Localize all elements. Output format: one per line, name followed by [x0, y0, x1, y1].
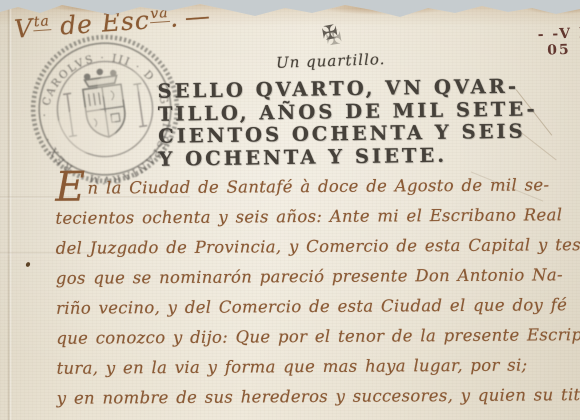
document-photo: Vta de Escva. — - -V E 05 ✠ Un quartillo…	[0, 0, 580, 420]
archive-stamp-line2: 05	[547, 41, 580, 59]
fee-line: Un quartillo.	[276, 50, 386, 72]
manuscript-line: gos que se nominarón pareció presente Do…	[56, 260, 571, 294]
note-superscript: ta	[32, 13, 51, 31]
document-paper: Vta de Escva. — - -V E 05 ✠ Un quartillo…	[0, 0, 580, 420]
manuscript-line: riño vecino, y del Comercio de esta Ciud…	[56, 290, 571, 324]
printers-ornament-icon: ✠	[320, 21, 340, 45]
ink-speck	[25, 261, 31, 267]
note-flourish: —	[178, 1, 209, 32]
archive-number-stamp: - -V E 05	[538, 25, 580, 59]
manuscript-body: En la Ciudad de Santafé à doce de Agosto…	[55, 170, 572, 414]
manuscript-line: y en nombre de sus herederos y succesore…	[57, 380, 572, 414]
manuscript-line: del Juzgado de Provincia, y Comercio de …	[56, 230, 571, 264]
printed-line: Y OCHENTA Y SIETE.	[158, 143, 558, 171]
manuscript-line: tura, y en la via y forma que mas haya l…	[56, 350, 571, 384]
manuscript-line: En la Ciudad de Santafé à doce de Agosto…	[55, 170, 570, 204]
manuscript-text: n la Ciudad de Santafé à doce de Agosto …	[87, 175, 549, 197]
left-fold-crease	[7, 0, 12, 420]
archive-stamp-line1: - -V E	[538, 25, 580, 43]
manuscript-line: que conozco y dijo: Que por el tenor de …	[56, 320, 571, 354]
printed-sello-heading: SELLO QVARTO, VN QVAR- TILLO, AÑOS DE MI…	[157, 75, 558, 171]
manuscript-line: tecientos ochenta y seis años: Ante mi e…	[55, 200, 570, 234]
